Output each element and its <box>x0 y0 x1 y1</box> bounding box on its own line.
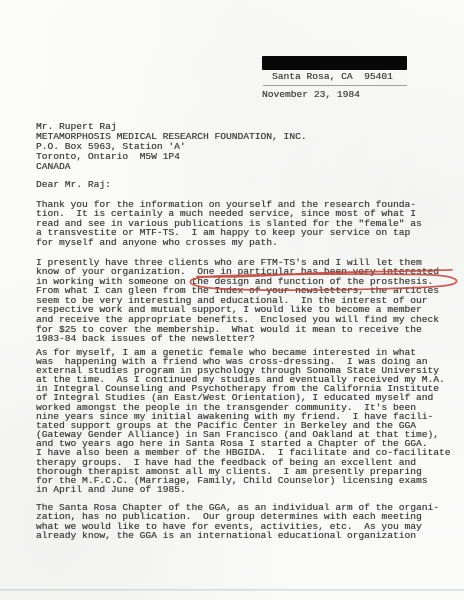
recipient-address: Mr. Rupert Raj METAMORPHOSIS MEDICAL RES… <box>36 122 307 172</box>
redacted-street-address <box>262 56 407 70</box>
paragraph-4: The Santa Rosa Chapter of the GGA, as an… <box>36 503 439 541</box>
city-line: Santa Rosa, CA 95401 <box>272 72 393 82</box>
paragraph-2: I presently have three clients who are F… <box>36 258 439 344</box>
salutation: Dear Mr. Raj: <box>36 180 111 190</box>
date-line: November 23, 1984 <box>262 90 360 100</box>
letter-page: Santa Rosa, CA 95401 November 23, 1984 M… <box>0 0 464 600</box>
paragraph-1: Thank you for the information on yoursel… <box>36 200 422 248</box>
city-underline <box>263 85 407 86</box>
paragraph-3: As for myself, I am a genetic female who… <box>36 348 451 495</box>
scan-edge-line <box>0 589 464 591</box>
